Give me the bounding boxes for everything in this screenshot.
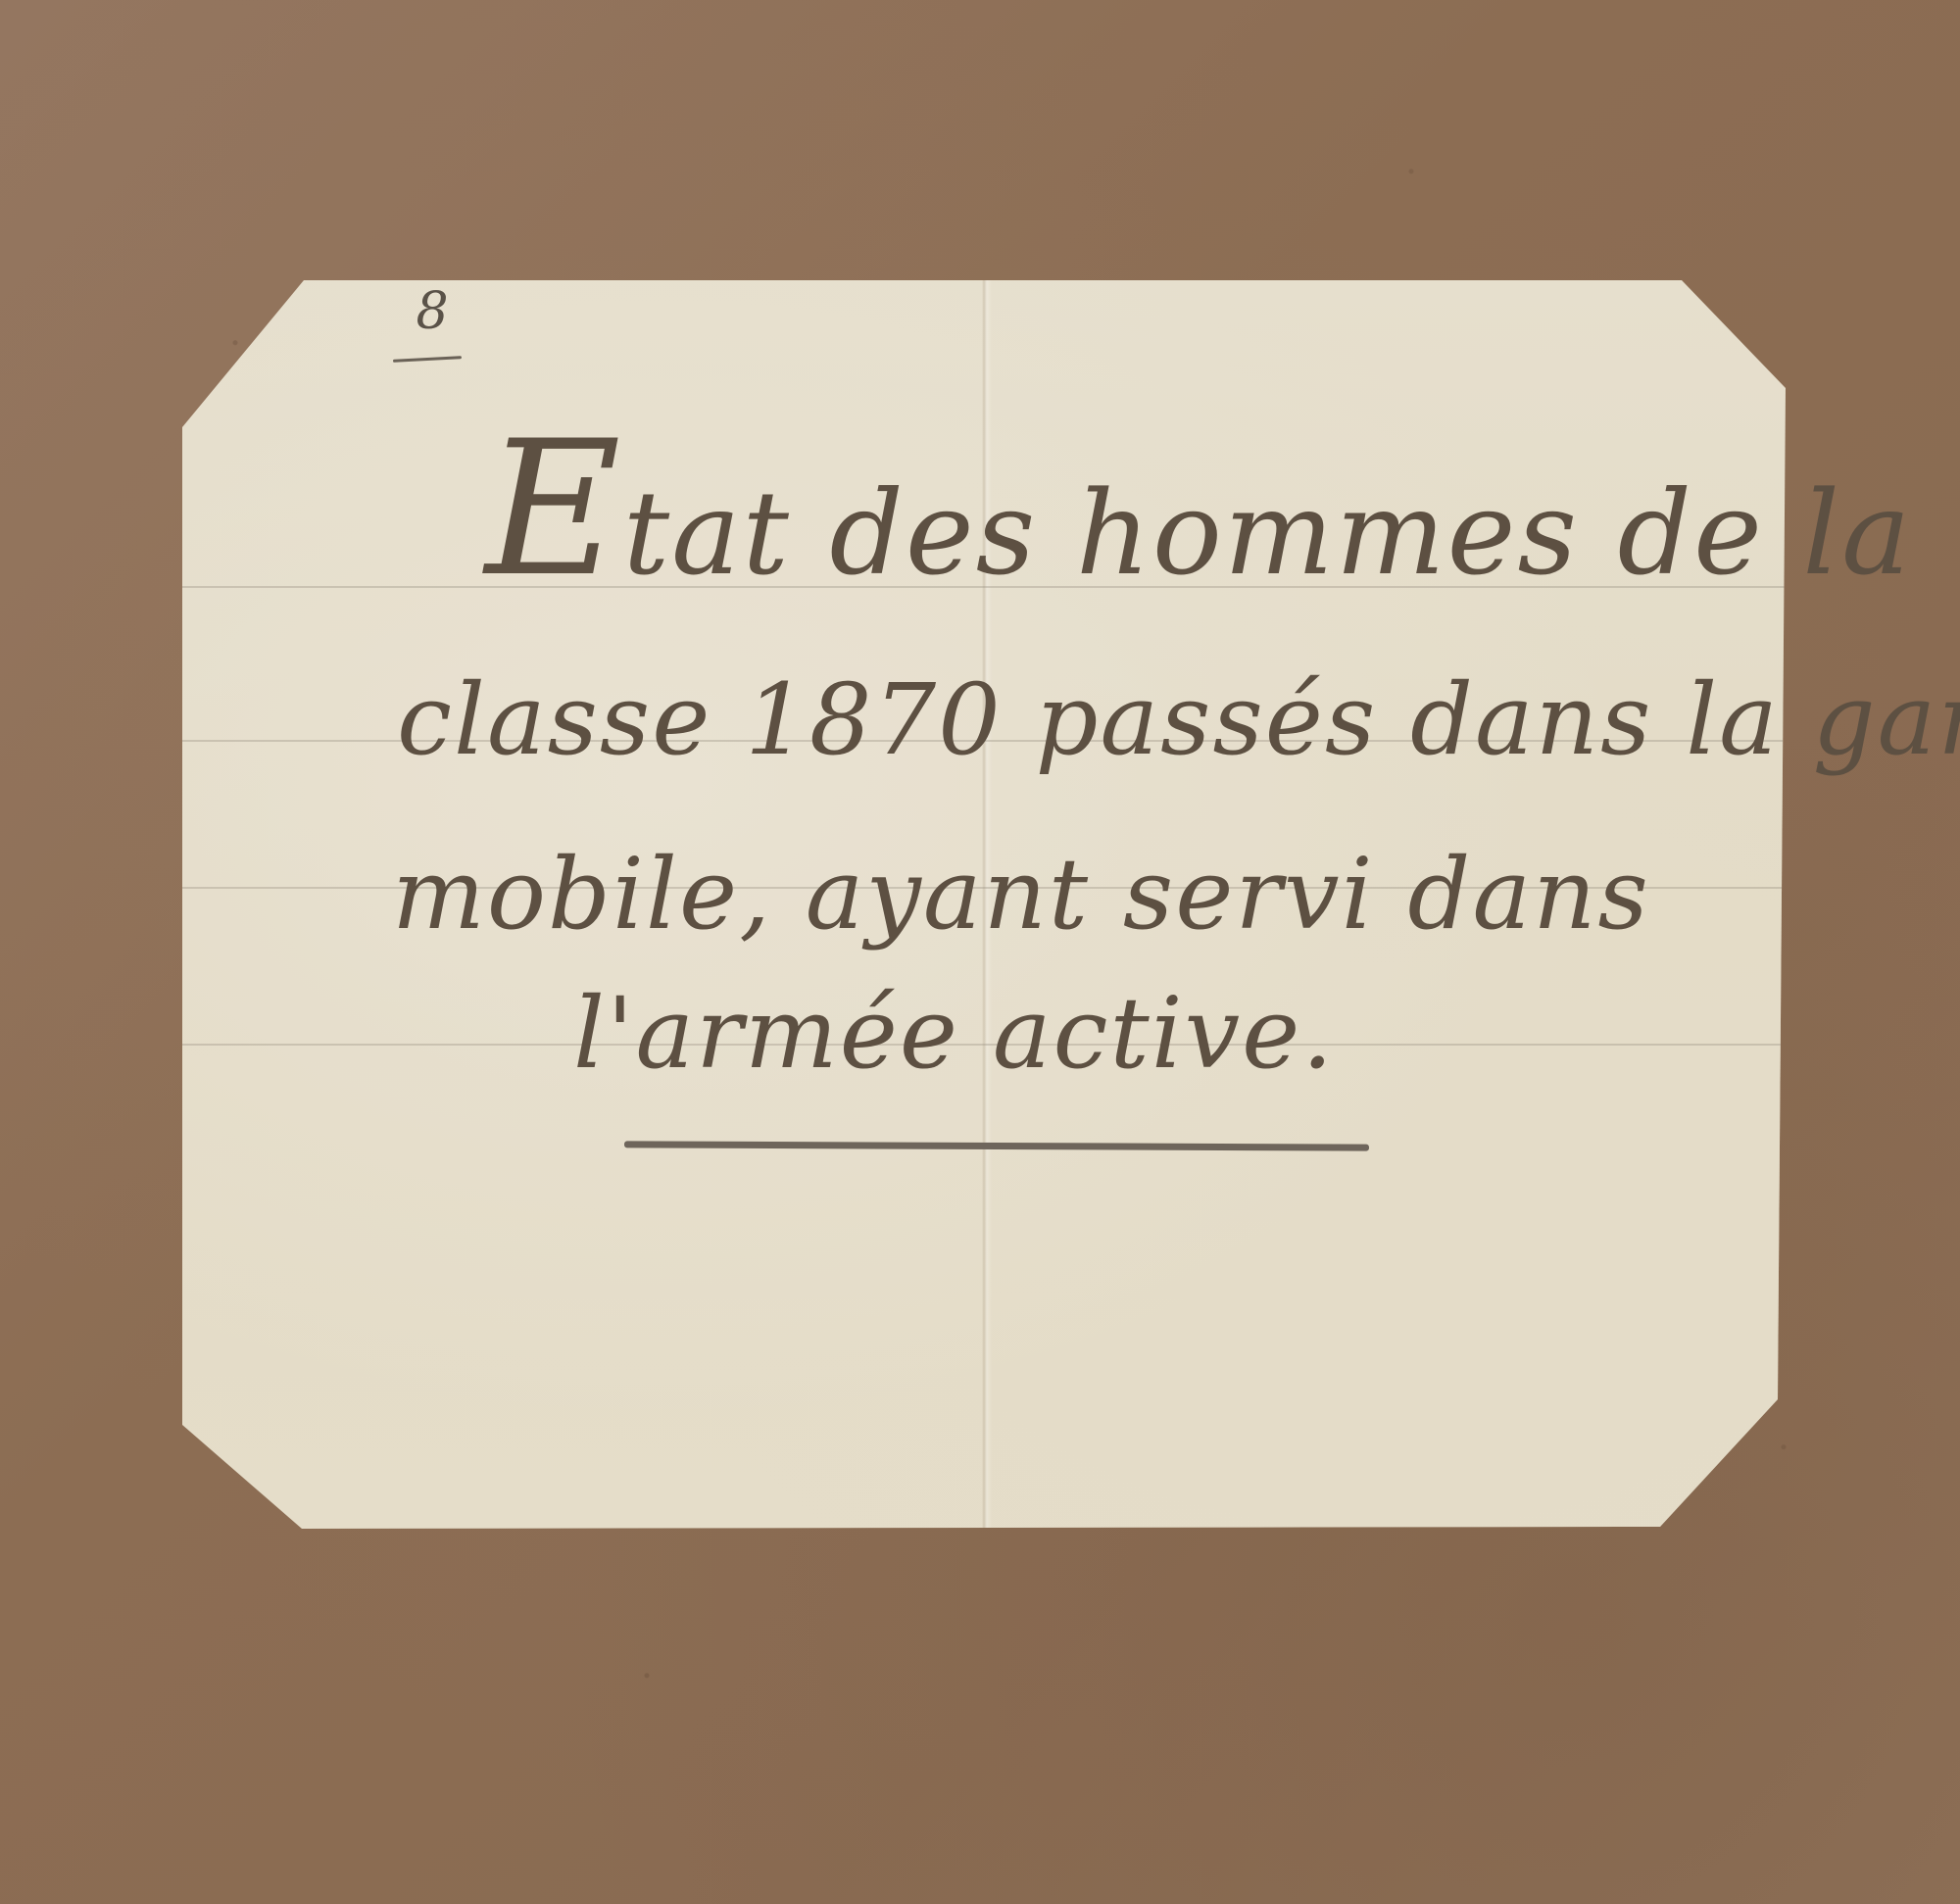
title-line-1: Etat des hommes de la [485,431,1913,611]
title-line-1-text: tat des hommes de la [623,465,1913,601]
page-number: 8 [398,286,466,365]
title-line-4: l'armée active. [573,970,1335,1098]
title-initial-letter: E [485,401,623,617]
title-line-3: mobile, ayant servi dans [392,831,1650,958]
title-line-2: classe 1870 passés dans la garde [397,657,1960,784]
